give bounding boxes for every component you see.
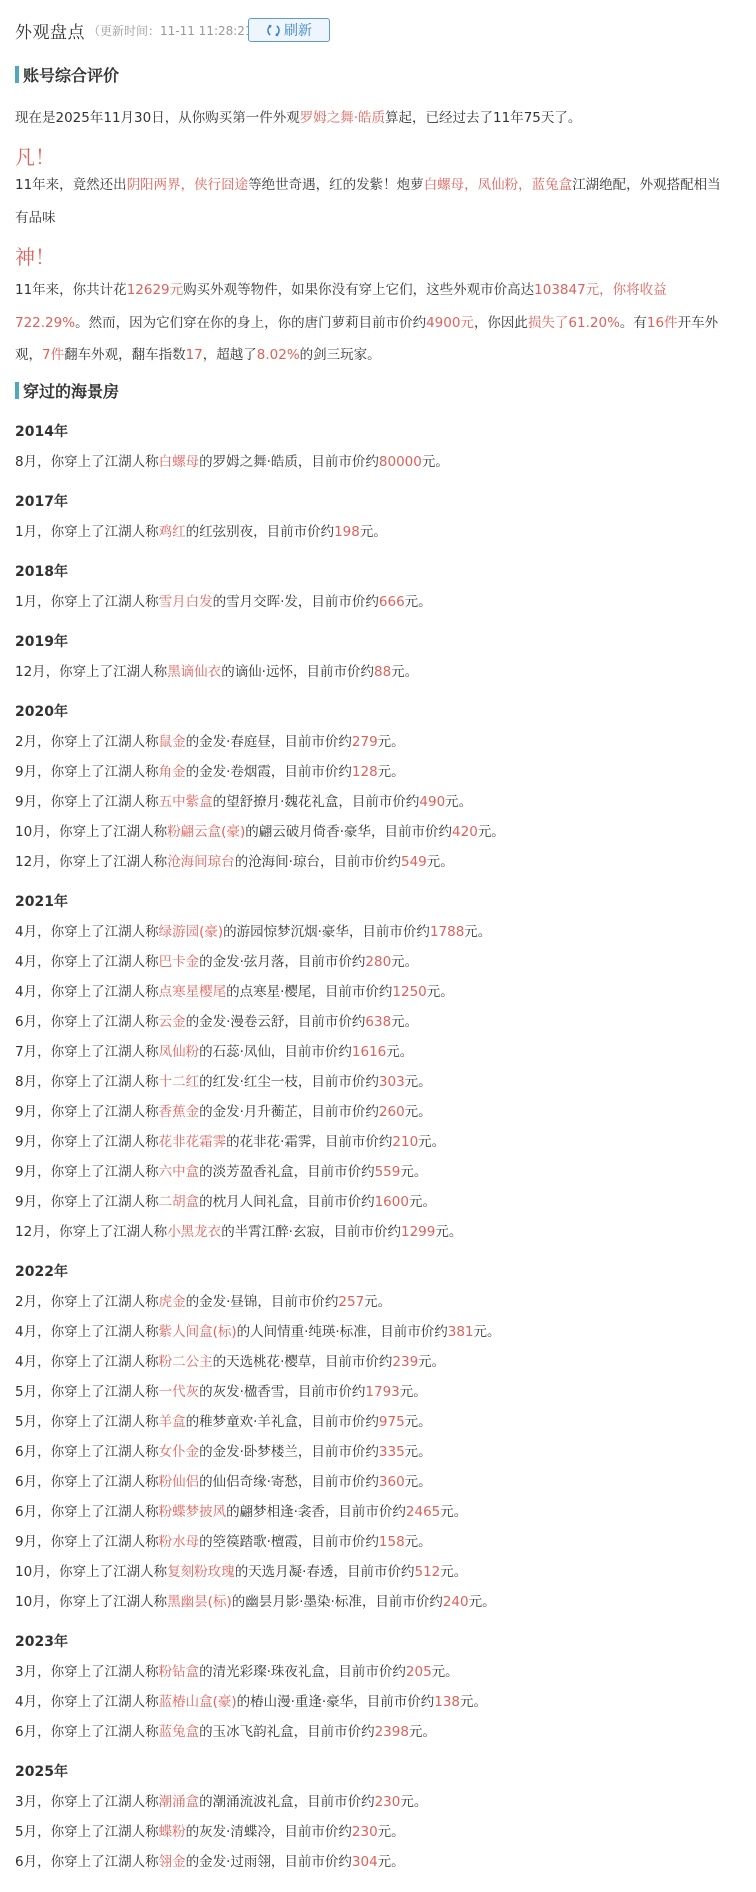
history-entry: 6月，你穿上了江湖人称翎金的金发·过雨翎，目前市价约304元。 — [15, 1852, 405, 1872]
history-entry: 10月，你穿上了江湖人称复刻粉玫瑰的天选月凝·春透，目前市价约512元。 — [15, 1562, 467, 1582]
page-title: 外观盘点 — [15, 18, 85, 43]
history-entry: 9月，你穿上了江湖人称角金的金发·卷烟霞，目前市价约128元。 — [15, 762, 405, 782]
history-entry: 9月，你穿上了江湖人称香蕉金的金发·月升蘅芷，目前市价约260元。 — [15, 1102, 432, 1122]
section-bar — [15, 66, 19, 83]
history-entry: 5月，你穿上了江湖人称一代灰的灰发·楹香雪，目前市价约1793元。 — [15, 1382, 427, 1402]
section-title-text: 账号综合评价 — [23, 63, 119, 86]
history-entry: 4月，你穿上了江湖人称点寒星樱尾的点寒星·樱尾，目前市价约1250元。 — [15, 982, 454, 1002]
history-entry: 4月，你穿上了江湖人称蓝椿山盒(豪)的椿山漫·重逢·豪华，目前市价约138元。 — [15, 1692, 487, 1712]
section-bar — [15, 382, 19, 399]
history-entry: 1月，你穿上了江湖人称雪月白发的雪月交晖·发，目前市价约666元。 — [15, 592, 432, 612]
history-entry: 2月，你穿上了江湖人称虎金的金发·昼锦，目前市价约257元。 — [15, 1292, 391, 1312]
history-entry: 10月，你穿上了江湖人称粉翩云盒(豪)的翩云破月倚香·豪华，目前市价约420元。 — [15, 822, 505, 842]
shen-line-1: 11年来，你共计花12629元购买外观等物件，如果你没有穿上它们，这些外观市价高… — [15, 280, 667, 300]
history-entry: 9月，你穿上了江湖人称五中紫盒的望舒撩月·魏花礼盒，目前市价约490元。 — [15, 792, 472, 812]
refresh-button[interactable]: 刷新 — [248, 18, 330, 42]
year-heading: 2018年 — [15, 562, 68, 582]
history-entry: 3月，你穿上了江湖人称粉钻盒的清光彩璨·珠夜礼盒，目前市价约205元。 — [15, 1662, 459, 1682]
history-entry: 7月，你穿上了江湖人称凤仙粉的石蕊·凤仙，目前市价约1616元。 — [15, 1042, 413, 1062]
fan-line-1: 11年来，竟然还出阴阳两界，侠行囧途等绝世奇遇，红的发紫！炮萝白螺母，凤仙粉，蓝… — [15, 175, 721, 195]
history-entry: 4月，你穿上了江湖人称紫人间盒(标)的人间情重·纯瑛·标准，目前市价约381元。 — [15, 1322, 501, 1342]
history-entry: 6月，你穿上了江湖人称蓝兔盒的玉冰飞韵礼盒，目前市价约2398元。 — [15, 1722, 436, 1742]
history-entry: 9月，你穿上了江湖人称二胡盒的枕月人间礼盒，目前市价约1600元。 — [15, 1192, 436, 1212]
history-entry: 1月，你穿上了江湖人称鸡红的红弦别夜，目前市价约198元。 — [15, 522, 387, 542]
history-entry: 5月，你穿上了江湖人称蝶粉的灰发·清蝶冷，目前市价约230元。 — [15, 1822, 405, 1842]
year-heading: 2021年 — [15, 892, 68, 912]
year-heading: 2014年 — [15, 422, 68, 442]
history-entry: 5月，你穿上了江湖人称羊盒的稚梦童欢·羊礼盒，目前市价约975元。 — [15, 1412, 432, 1432]
history-entry: 4月，你穿上了江湖人称绿游园(豪)的游园惊梦沉烟·豪华，目前市价约1788元。 — [15, 922, 491, 942]
history-entry: 10月，你穿上了江湖人称黑幽昙(标)的幽昙月影·墨染·标准，目前市价约240元。 — [15, 1592, 496, 1612]
history-entry: 9月，你穿上了江湖人称六中盒的淡芳盈香礼盒，目前市价约559元。 — [15, 1162, 427, 1182]
history-entry: 6月，你穿上了江湖人称粉蝶梦披风的翩梦相逢·衾香，目前市价约2465元。 — [15, 1502, 467, 1522]
verdict-fan: 凡！ — [15, 145, 55, 169]
year-heading: 2020年 — [15, 702, 68, 722]
year-heading: 2017年 — [15, 492, 68, 512]
history-entry: 9月，你穿上了江湖人称花非花霜霁的花非花·霜霁，目前市价约210元。 — [15, 1132, 445, 1152]
history-entry: 3月，你穿上了江湖人称潮涌盒的潮涌流波礼盒，目前市价约230元。 — [15, 1792, 427, 1812]
year-heading: 2019年 — [15, 632, 68, 652]
history-entry: 6月，你穿上了江湖人称女仆金的金发·卧梦楼兰，目前市价约335元。 — [15, 1442, 432, 1462]
history-entry: 6月，你穿上了江湖人称粉仙侣的仙侣奇缘·寄愁，目前市价约360元。 — [15, 1472, 432, 1492]
history-entry: 2月，你穿上了江湖人称鼠金的金发·春庭昼，目前市价约279元。 — [15, 732, 405, 752]
update-time: （更新时间：11-11 11:28:21） — [88, 22, 265, 39]
history-entry: 9月，你穿上了江湖人称粉水母的箜篌踏歌·檀霞，目前市价约158元。 — [15, 1532, 432, 1552]
year-heading: 2023年 — [15, 1632, 68, 1652]
intro-line: 现在是2025年11月30日，从你购买第一件外观罗姆之舞·皓质算起，已经过去了1… — [15, 108, 581, 128]
history-entry: 12月，你穿上了江湖人称小黑龙衣的半霄江醉·玄寂，目前市价约1299元。 — [15, 1222, 462, 1242]
page-header: 外观盘点 （更新时间：11-11 11:28:21） 刷新 — [15, 18, 265, 42]
shen-line-2: 722.29%。然而，因为它们穿在你的身上，你的唐门萝莉目前市价约4900元，你… — [15, 313, 718, 333]
history-entry: 8月，你穿上了江湖人称白螺母的罗姆之舞·皓质，目前市价约80000元。 — [15, 452, 449, 472]
section-title-summary: 账号综合评价 — [15, 65, 119, 83]
history-entry: 8月，你穿上了江湖人称十二红的红发·红尘一枝，目前市价约303元。 — [15, 1072, 432, 1092]
section-title-history: 穿过的海景房 — [15, 381, 119, 399]
shen-line-3: 观，7件翻车外观，翻车指数17，超越了8.02%的剑三玩家。 — [15, 345, 381, 365]
refresh-label: 刷新 — [284, 20, 312, 40]
history-entry: 4月，你穿上了江湖人称粉二公主的天选桃花·樱草，目前市价约239元。 — [15, 1352, 445, 1372]
section-title-text: 穿过的海景房 — [23, 379, 119, 402]
year-heading: 2022年 — [15, 1262, 68, 1282]
history-entry: 6月，你穿上了江湖人称云金的金发·漫卷云舒，目前市价约638元。 — [15, 1012, 418, 1032]
history-entry: 12月，你穿上了江湖人称黑谪仙衣的谪仙·远怀，目前市价约88元。 — [15, 662, 418, 682]
refresh-icon — [266, 23, 281, 38]
history-entry: 12月，你穿上了江湖人称沧海间琼台的沧海间·琼台，目前市价约549元。 — [15, 852, 454, 872]
verdict-shen: 神！ — [15, 245, 55, 269]
fan-line-2: 有品味 — [15, 208, 56, 228]
history-entry: 4月，你穿上了江湖人称巴卡金的金发·弦月落，目前市价约280元。 — [15, 952, 418, 972]
year-heading: 2025年 — [15, 1762, 68, 1782]
